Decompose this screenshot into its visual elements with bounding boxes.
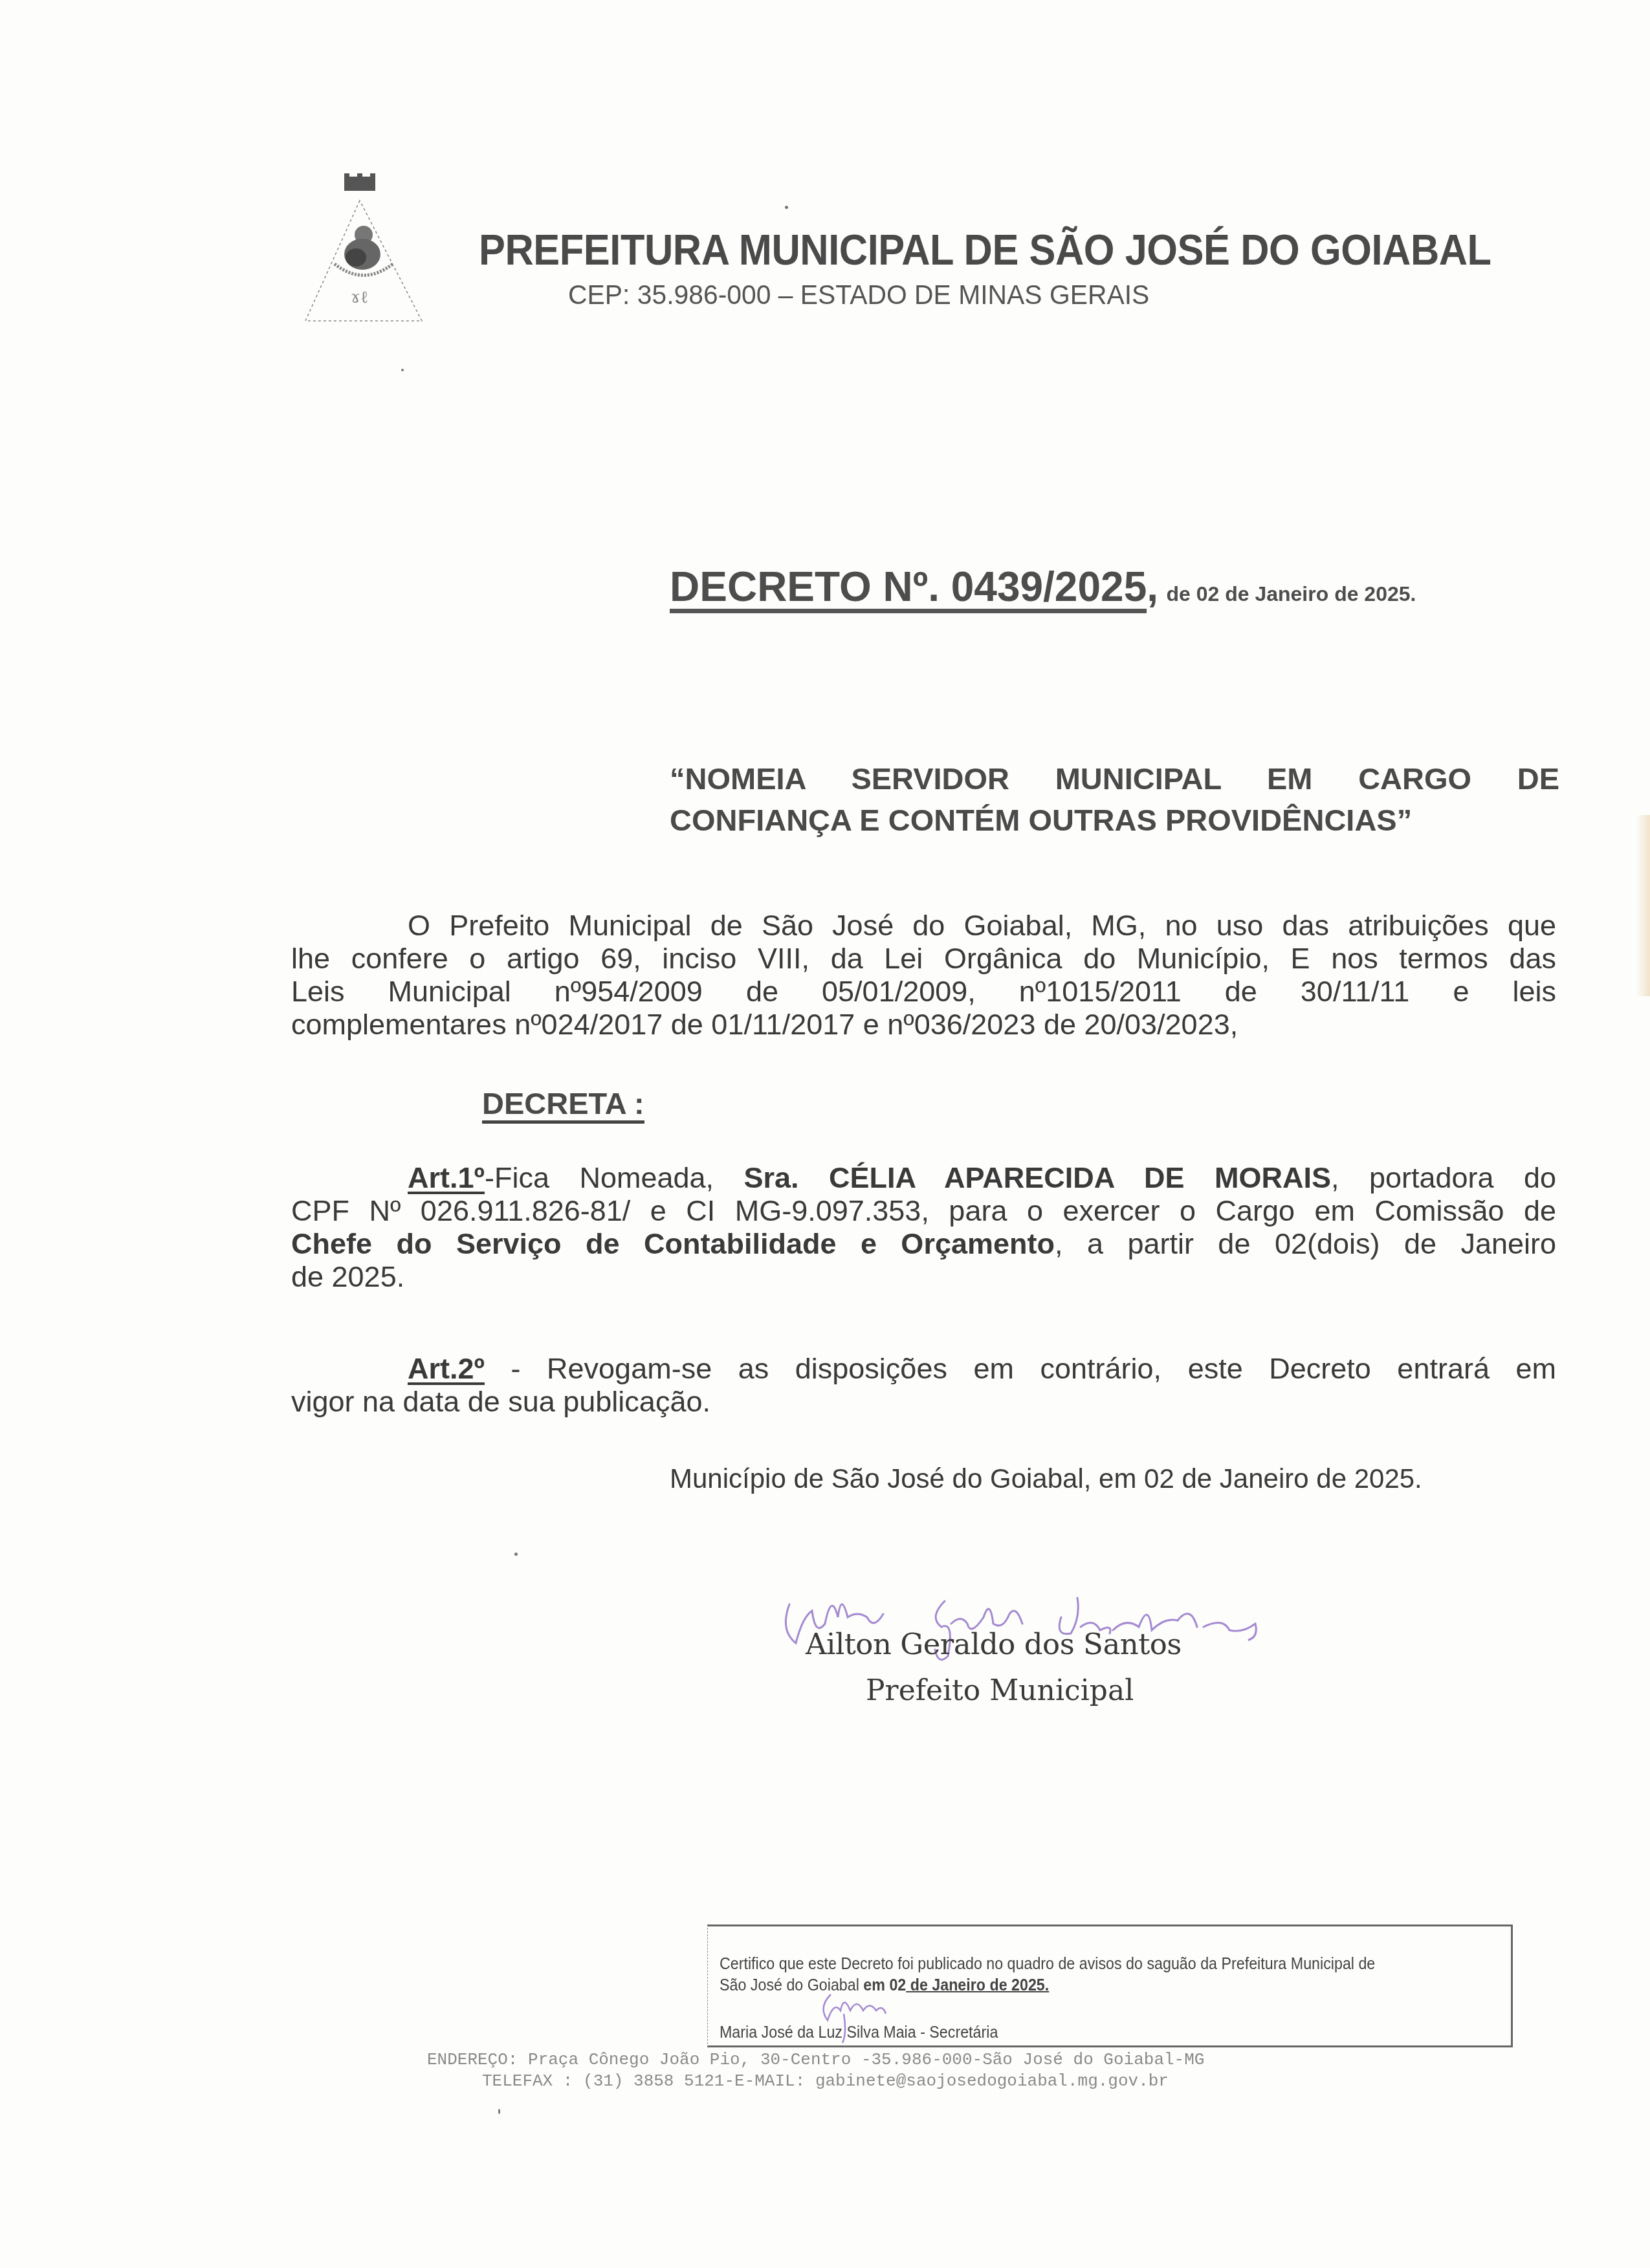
certificate-date-rest: de Janeiro de 2025. <box>906 1976 1049 1994</box>
article-2-line: vigor na data de sua publicação. <box>291 1385 1556 1418</box>
org-title: PREFEITURA MUNICIPAL DE SÃO JOSÉ DO GOIA… <box>479 225 1491 274</box>
article-2: Art.2º - Revogam-se as disposições em co… <box>291 1352 1556 1418</box>
article-2-line: Art.2º - Revogam-se as disposições em co… <box>291 1352 1556 1385</box>
article-1-line: de 2025. <box>291 1260 1556 1293</box>
preamble-line: complementares nº024/2017 de 01/11/2017 … <box>291 1008 1556 1041</box>
decree-summary: “NOMEIA SERVIDOR MUNICIPAL EM CARGO DE C… <box>670 758 1559 841</box>
footer-contact: TELEFAX : (31) 3858 5121-E-MAIL: gabinet… <box>427 2071 1204 2092</box>
paper-stain <box>1636 815 1650 996</box>
decreta-label: DECRETA : <box>482 1087 644 1124</box>
municipal-crest-icon: ɤℓ <box>299 173 428 322</box>
article-1: Art.1º-Fica Nomeada, Sra. CÉLIA APARECID… <box>291 1161 1556 1293</box>
summary-line: CONFIANÇA E CONTÉM OUTRAS PROVIDÊNCIAS” <box>670 800 1559 841</box>
article-1-text: , a partir de 02(dois) de Janeiro <box>1055 1227 1556 1260</box>
article-1-text: -Fica Nomeada, <box>485 1161 744 1194</box>
signatory-name: Ailton Geraldo dos Santos <box>806 1627 1182 1661</box>
publication-certificate: Certifico que este Decreto foi publicado… <box>707 1925 1513 2047</box>
article-1-text: , portadora do <box>1331 1161 1556 1194</box>
preamble-line: O Prefeito Municipal de São José do Goia… <box>291 909 1556 942</box>
footer-address: ENDEREÇO: Praça Cônego João Pio, 30-Cent… <box>427 2049 1204 2071</box>
preamble-line: Leis Municipal nº954/2009 de 05/01/2009,… <box>291 975 1556 1008</box>
position-title: Chefe do Serviço de Contabilidade e Orça… <box>291 1227 1055 1260</box>
decree-number: DECRETO Nº. 0439/2025 <box>670 565 1147 613</box>
decree-heading: DECRETO Nº. 0439/2025, de 02 de Janeiro … <box>670 563 1416 613</box>
certificate-signer: Maria José da Luz Silva Maia - Secretári… <box>720 2023 998 2042</box>
certificate-line: Certifico que este Decreto foi publicado… <box>720 1954 1447 1975</box>
closing-place-date: Município de São José do Goiabal, em 02 … <box>670 1463 1422 1494</box>
svg-text:ɤℓ: ɤℓ <box>351 288 368 307</box>
article-2-label: Art.2º <box>408 1352 485 1385</box>
decree-date: de 02 de Janeiro de 2025. <box>1166 582 1416 605</box>
article-1-line: Art.1º-Fica Nomeada, Sra. CÉLIA APARECID… <box>291 1161 1556 1194</box>
preamble-line: lhe confere o artigo 69, inciso VIII, da… <box>291 942 1556 975</box>
decree-comma: , <box>1147 563 1158 610</box>
article-1-label: Art.1º <box>408 1161 485 1194</box>
summary-line: “NOMEIA SERVIDOR MUNICIPAL EM CARGO DE <box>670 758 1559 800</box>
signatory-role: Prefeito Municipal <box>866 1674 1134 1707</box>
article-2-text: - Revogam-se as disposições em contrário… <box>485 1352 1556 1385</box>
appointee-name: Sra. CÉLIA APARECIDA DE MORAIS <box>743 1161 1330 1194</box>
article-1-line: Chefe do Serviço de Contabilidade e Orça… <box>291 1227 1556 1260</box>
page-footer: ENDEREÇO: Praça Cônego João Pio, 30-Cent… <box>427 2049 1204 2092</box>
article-1-line: CPF Nº 026.911.826-81/ e CI MG-9.097.353… <box>291 1194 1556 1227</box>
preamble: O Prefeito Municipal de São José do Goia… <box>291 909 1556 1041</box>
org-subtitle: CEP: 35.986-000 – ESTADO DE MINAS GERAIS <box>568 279 1149 311</box>
